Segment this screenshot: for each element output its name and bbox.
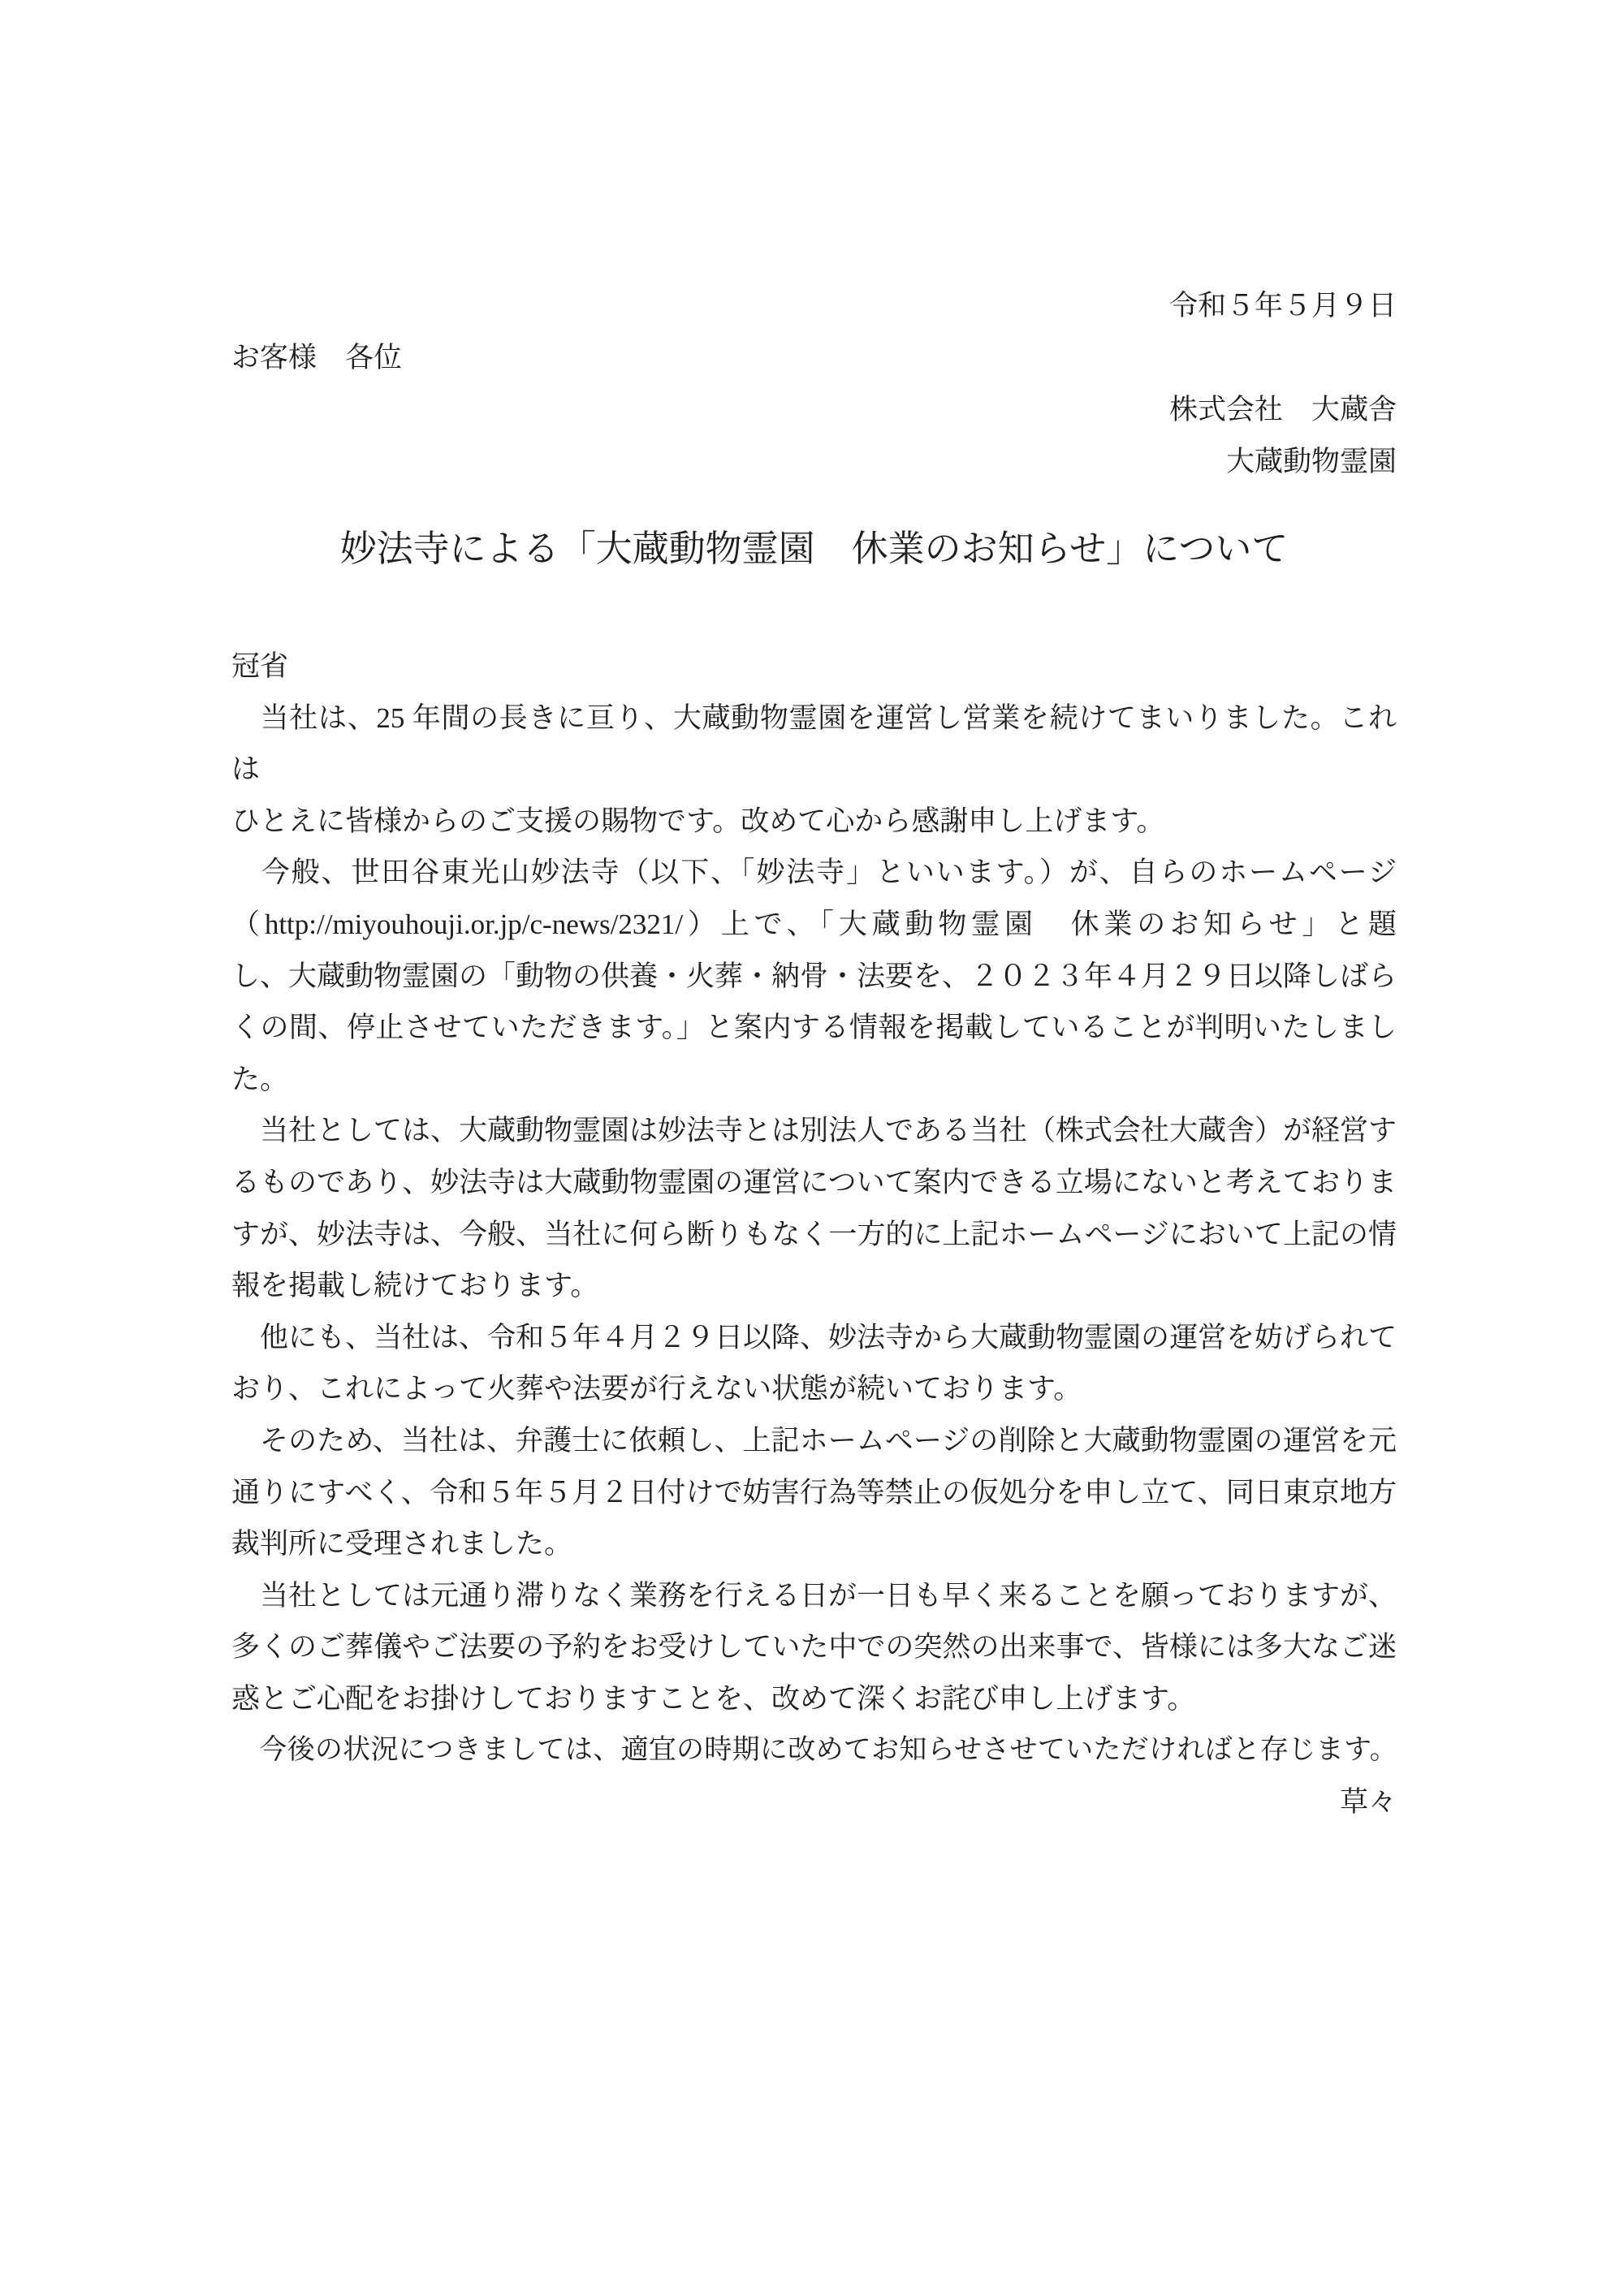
body-line: 当社としては元通り滞りなく業務を行える日が一日も早く来ることを願っておりますが、 <box>231 1570 1397 1622</box>
letter-title: 妙法寺による「大蔵動物霊園 休業のお知らせ」について <box>231 520 1397 577</box>
body-line: （http://miyouhouji.or.jp/c-news/2321/）上で… <box>231 899 1397 951</box>
body-line: くの間、停止させていただきます。」と案内する情報を掲載していることが判明いたしま… <box>231 1002 1397 1054</box>
body-line: 今般、世田谷東光山妙法寺（以下、「妙法寺」といいます。）が、自らのホームページ <box>231 847 1397 899</box>
body-line: た。 <box>231 1054 1397 1106</box>
body-line: すが、妙法寺は、今般、当社に何ら断りもなく一方的に上記ホームページにおいて上記の… <box>231 1209 1397 1261</box>
opening-salutation: 冠省 <box>231 641 1397 693</box>
body-line: おり、これによって火葬や法要が行えない状態が続いております。 <box>231 1363 1397 1415</box>
body-line: し、大蔵動物霊園の「動物の供養・火葬・納骨・法要を、２０２３年４月２９日以降しば… <box>231 951 1397 1003</box>
body-line: るものであり、妙法寺は大蔵動物霊園の運営について案内できる立場にないと考えており… <box>231 1157 1397 1209</box>
letter-page: 令和５年５月９日 お客様 各位 株式会社 大蔵舎 大蔵動物霊園 妙法寺による「大… <box>0 0 1624 2296</box>
body-line: そのため、当社は、弁護士に依頼し、上記ホームページの削除と大蔵動物霊園の運営を元 <box>231 1415 1397 1467</box>
body-line: 通りにすべく、令和５年５月２日付けで妨害行為等禁止の仮処分を申し立て、同日東京地… <box>231 1467 1397 1519</box>
body-line: 裁判所に受理されました。 <box>231 1518 1397 1570</box>
body-line: 多くのご葬儀やご法要の予約をお受けしていた中での突然の出来事で、皆様には多大なご… <box>231 1621 1397 1673</box>
letter-recipient: お客様 各位 <box>231 332 1397 384</box>
sender-name: 大蔵動物霊園 <box>231 436 1397 488</box>
body-line: 報を掲載し続けております。 <box>231 1260 1397 1312</box>
body-line: 他にも、当社は、令和５年４月２９日以降、妙法寺から大蔵動物霊園の運営を妨げられて <box>231 1312 1397 1364</box>
letter-content: 令和５年５月９日 お客様 各位 株式会社 大蔵舎 大蔵動物霊園 妙法寺による「大… <box>231 0 1397 1828</box>
body-line: ひとえに皆様からのご支援の賜物です。改めて心から感謝申し上げます。 <box>231 796 1397 848</box>
closing-salutation: 草々 <box>231 1776 1397 1828</box>
body-line: 惑とご心配をお掛けしておりますことを、改めて深くお詫び申し上げます。 <box>231 1673 1397 1725</box>
letter-date: 令和５年５月９日 <box>231 280 1397 332</box>
sender-company: 株式会社 大蔵舎 <box>231 384 1397 436</box>
body-line: 今後の状況につきましては、適宜の時期に改めてお知らせさせていただければと存じます… <box>231 1724 1397 1776</box>
body-line: 当社は、25 年間の長きに亘り、大蔵動物霊園を運営し営業を続けてまいりました。こ… <box>231 693 1397 796</box>
body-line: 当社としては、大蔵動物霊園は妙法寺とは別法人である当社（株式会社大蔵舎）が経営す <box>231 1105 1397 1157</box>
